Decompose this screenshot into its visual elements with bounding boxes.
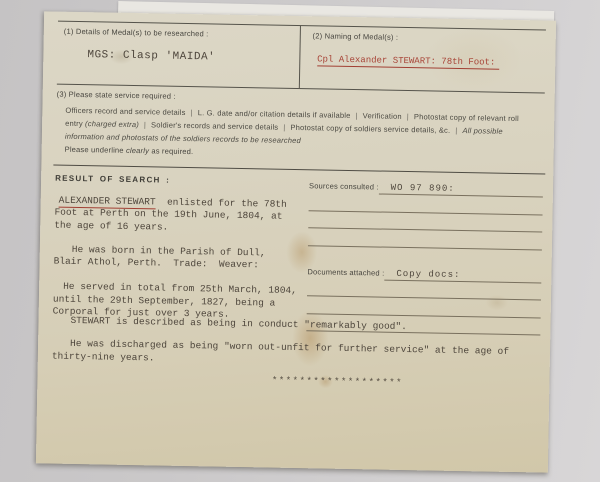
option-separator: | bbox=[402, 112, 414, 121]
option-officers-record: Officers record and service details bbox=[65, 106, 185, 117]
option-separator: | bbox=[450, 126, 462, 135]
option-soldiers-records: Soldier's records and service details bbox=[151, 120, 278, 131]
option-charged-extra-note: (charged extra) bbox=[85, 119, 139, 129]
sources-documents-column: Sources consulted : WO 97 890: Documents… bbox=[306, 178, 543, 335]
section-1-entry: MGS: Clasp 'MAIDA' bbox=[87, 49, 295, 65]
section-1-label: (1) Details of Medal(s) to be researched… bbox=[64, 27, 296, 40]
ruled-line bbox=[308, 228, 542, 250]
section-2-label: (2) Naming of Medal(s) : bbox=[312, 31, 541, 44]
option-lg-date: L. G. date and/or citation details if av… bbox=[198, 108, 351, 120]
discharge-paragraph: He was discharged as being "worn out-unf… bbox=[52, 338, 540, 372]
named-medal-recipient: Cpl Alexander STEWART: 78th Foot: bbox=[317, 54, 499, 69]
medal-details-table: (1) Details of Medal(s) to be researched… bbox=[57, 21, 546, 94]
section-1-cell: (1) Details of Medal(s) to be researched… bbox=[57, 22, 301, 88]
section-2-cell: (2) Naming of Medal(s) : Cpl Alexander S… bbox=[300, 26, 546, 92]
note-pre: Please underline bbox=[65, 145, 127, 155]
result-text-column: RESULT OF SEARCH : ALEXANDER STEWART enl… bbox=[52, 174, 300, 331]
note-em: clearly bbox=[126, 146, 149, 155]
section-2-entry: Cpl Alexander STEWART: 78th Foot: bbox=[317, 54, 541, 68]
summary-paragraphs: STEWART is described as being in conduct… bbox=[51, 315, 540, 391]
option-separator: | bbox=[350, 111, 362, 120]
option-separator: | bbox=[278, 123, 290, 132]
result-of-search-area: RESULT OF SEARCH : ALEXANDER STEWART enl… bbox=[52, 174, 543, 336]
service-options: Officers record and service details|L. G… bbox=[56, 104, 539, 152]
section-divider-line bbox=[53, 165, 545, 175]
option-separator: | bbox=[139, 120, 151, 129]
medal-research-form: (1) Details of Medal(s) to be researched… bbox=[36, 11, 556, 472]
result-of-search-header: RESULT OF SEARCH : bbox=[55, 174, 300, 187]
option-photostat-service: Photostat copy of soldiers service detai… bbox=[290, 123, 450, 135]
section-3-service-required: (3) Please state service required : Offi… bbox=[56, 90, 545, 163]
birth-paragraph: He was born in the Parish of Dull, Blair… bbox=[53, 243, 298, 272]
option-verification: Verification bbox=[363, 111, 402, 121]
photo-background: (1) Details of Medal(s) to be researched… bbox=[0, 0, 600, 482]
enlistment-paragraph: ALEXANDER STEWART enlisted for the 78th … bbox=[54, 195, 300, 236]
documents-attached-label: Documents attached : bbox=[307, 267, 384, 277]
sources-consulted-label: Sources consulted : bbox=[309, 181, 379, 191]
asterisk-divider: ******************* bbox=[272, 375, 403, 387]
option-separator: | bbox=[186, 108, 198, 117]
note-post: as required. bbox=[149, 146, 193, 156]
